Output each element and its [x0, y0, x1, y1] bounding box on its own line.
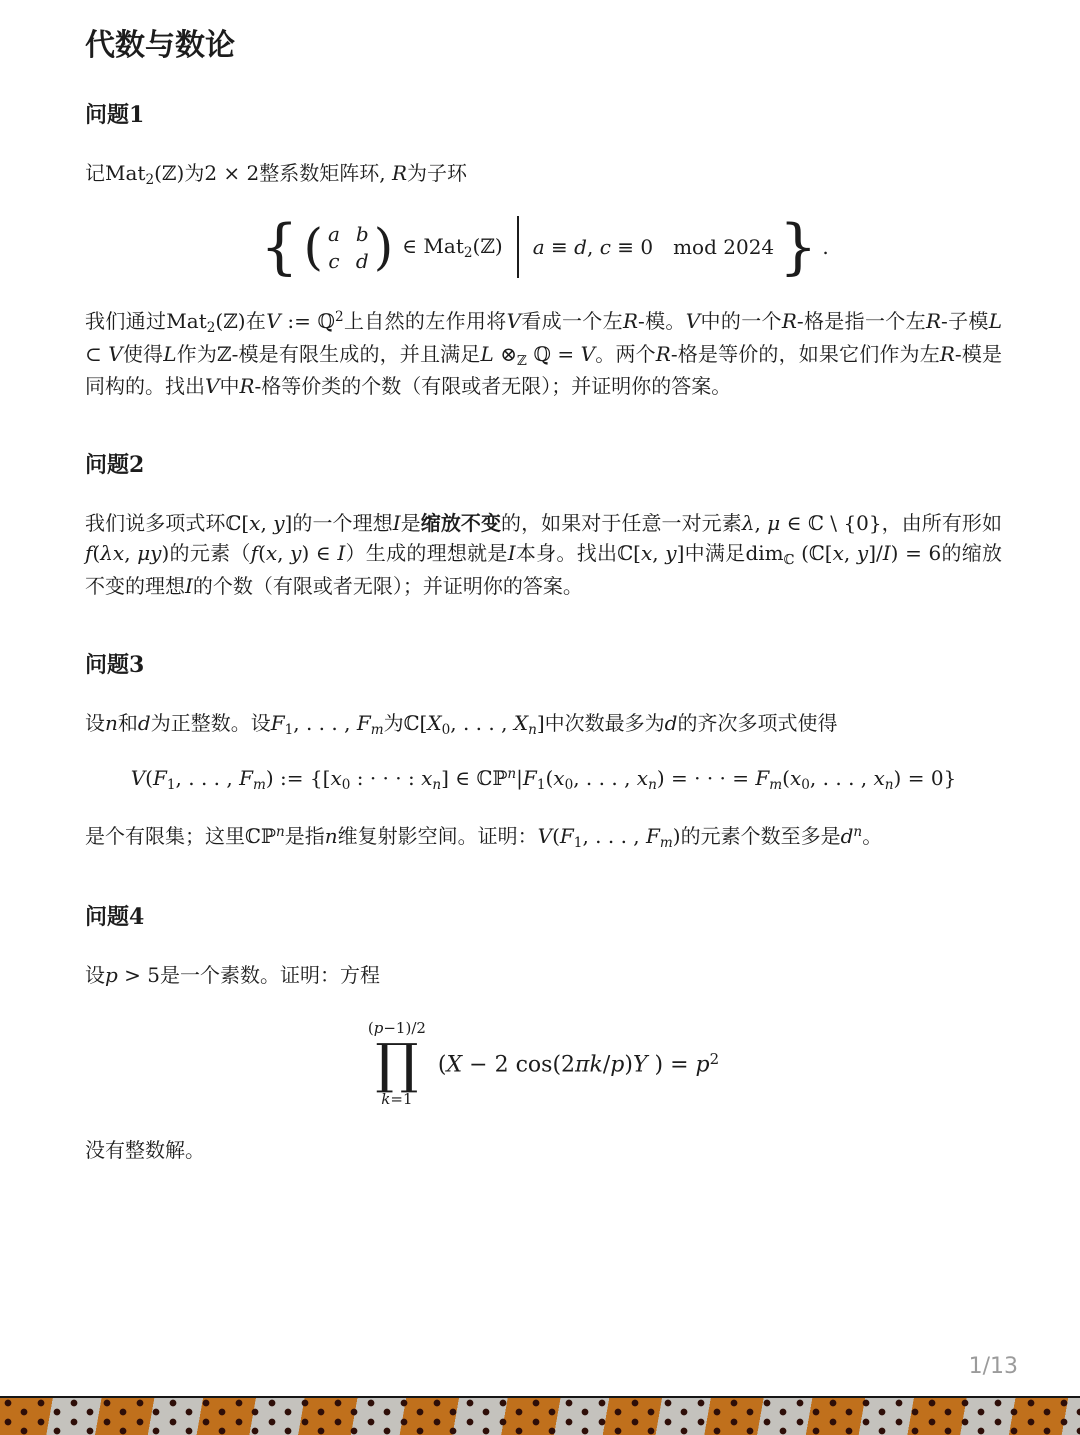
problem4-display-formula: (p−1)/2 ∏ k=1 (X − 2 cos(2πk/p)Y ) = p2 — [85, 1020, 1002, 1107]
problem3-body: 是个有限集；这里ℂℙn是指n维复射影空间。证明：V(F1, . . . , Fm… — [85, 821, 1002, 853]
problem2-body: 我们说多项式环ℂ[x, y]的一个理想I是缩放不变的，如果对于任意一对元素λ, … — [85, 508, 1002, 601]
right-curly-brace: } — [777, 217, 819, 277]
matrix-entry-b: b — [356, 222, 369, 246]
document-page: 代数与数论 问题1 记Mat2(ℤ)为2 × 2整系数矩阵环, R为子环 { (… — [0, 0, 1080, 1435]
problem1-display-formula: { ( a b c d ) ∈ Mat2(ℤ) a ≡ d, c ≡ 0 mod… — [85, 216, 1002, 278]
formula-period: . — [822, 235, 828, 259]
matrix-entry-a: a — [328, 222, 340, 246]
problem3-display-formula: V(F1, . . . , Fm) := {[x0 : · · · : xn] … — [85, 766, 1002, 793]
left-curly-brace: { — [258, 217, 300, 277]
problem4-intro: 设p > 5是一个素数。证明：方程 — [85, 960, 1002, 990]
product-symbol: ∏ — [375, 1037, 418, 1091]
matrix-entry-d: d — [356, 249, 369, 273]
decorative-stripe-pattern — [0, 1396, 1080, 1435]
product-expression: (X − 2 cos(2πk/p)Y ) = p2 — [438, 1050, 719, 1077]
congruence-condition: a ≡ d, c ≡ 0 mod 2024 — [533, 235, 774, 259]
problem1-formula-row: { ( a b c d ) ∈ Mat2(ℤ) a ≡ d, c ≡ 0 mod… — [85, 216, 1002, 278]
product-operator: (p−1)/2 ∏ k=1 — [368, 1020, 426, 1107]
matrix-ring-membership: ∈ Mat2(ℤ) — [402, 234, 502, 261]
left-paren: ( — [303, 222, 323, 272]
problem1-heading: 问题1 — [85, 101, 1002, 130]
matrix-2x2: a b c d — [328, 222, 369, 273]
page-title: 代数与数论 — [85, 26, 1002, 65]
problem3-heading: 问题3 — [85, 651, 1002, 680]
matrix-entry-c: c — [328, 249, 340, 273]
problem3-intro: 设n和d为正整数。设F1, . . . , Fm为ℂ[X0, . . . , X… — [85, 708, 1002, 740]
right-paren: ) — [374, 222, 394, 272]
problem1-body: 我们通过Mat2(ℤ)在V := ℚ2上自然的左作用将V看成一个左R-模。V中的… — [85, 306, 1002, 401]
problem1-intro: 记Mat2(ℤ)为2 × 2整系数矩阵环, R为子环 — [85, 158, 1002, 190]
such-that-bar — [517, 216, 519, 278]
problem4-body: 没有整数解。 — [85, 1135, 1002, 1165]
page-number: 1/13 — [969, 1354, 1018, 1379]
problem4-heading: 问题4 — [85, 903, 1002, 932]
page-content: 代数与数论 问题1 记Mat2(ℤ)为2 × 2整系数矩阵环, R为子环 { (… — [0, 0, 1080, 1166]
problem2-heading: 问题2 — [85, 451, 1002, 480]
product-lower-limit: k=1 — [381, 1091, 412, 1108]
